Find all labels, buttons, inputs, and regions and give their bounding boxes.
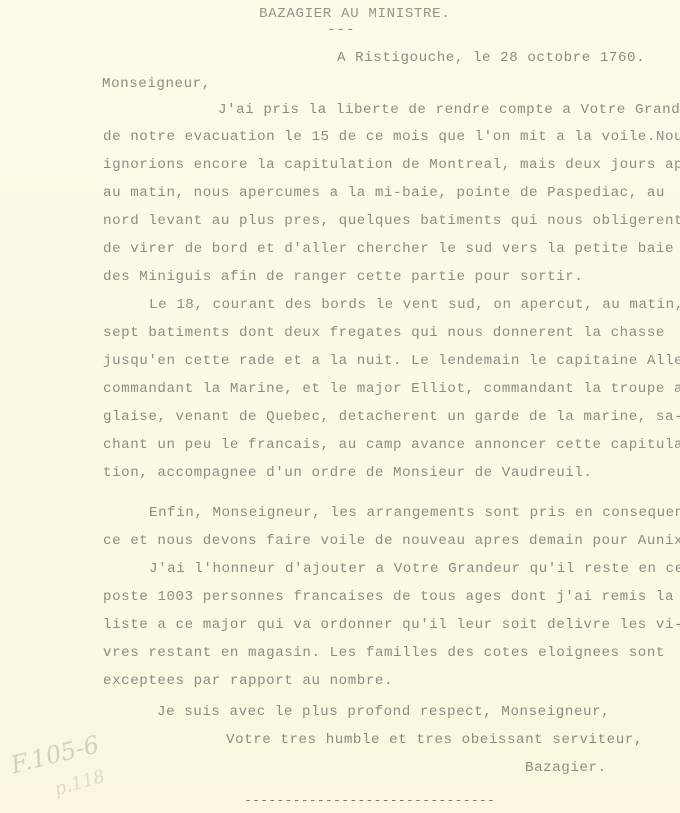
closing-line: Je suis avec le plus profond respect, Mo… (157, 703, 610, 721)
title-rule: --- (327, 21, 356, 39)
body-line: ignorions encore la capitulation de Mont… (103, 156, 680, 174)
signature: Bazagier. (525, 759, 607, 777)
body-line: chant un peu le francais, au camp avance… (103, 436, 680, 454)
body-line: Le 18, courant des bords le vent sud, on… (149, 296, 680, 314)
body-line: liste a ce major qui va ordonner qu'il l… (103, 616, 680, 634)
body-line: tion, accompagnee d'un ordre de Monsieur… (103, 464, 592, 482)
dateline: A Ristigouche, le 28 octobre 1760. (337, 49, 645, 67)
body-line: sept batiments dont deux fregates qui no… (103, 324, 665, 342)
body-line: glaise, venant de Quebec, detacherent un… (103, 408, 680, 426)
body-line: des Miniguis afin de ranger cette partie… (103, 268, 583, 286)
body-line: jusqu'en cette rade et a la nuit. Le len… (103, 352, 680, 370)
body-line: de virer de bord et d'aller chercher le … (103, 240, 674, 258)
body-line: exceptees par rapport au nombre. (103, 672, 393, 690)
body-line: ce et nous devons faire voile de nouveau… (103, 532, 680, 550)
body-line: de notre evacuation le 15 de ce mois que… (103, 128, 680, 146)
body-line: J'ai pris la liberte de rendre compte a … (218, 101, 680, 119)
margin-annotation-secondary: p.118 (52, 766, 107, 800)
letter-page: BAZAGIER AU MINISTRE. --- A Ristigouche,… (0, 0, 680, 813)
body-line: vres restant en magasin. Les familles de… (103, 644, 665, 662)
body-line: nord levant au plus pres, quelques batim… (103, 212, 680, 230)
closing-line: Votre tres humble et tres obeissant serv… (226, 731, 643, 749)
bottom-rule: ------------------------------- (244, 792, 495, 810)
body-line: commandant la Marine, et le major Elliot… (103, 380, 680, 398)
body-line: au matin, nous apercumes a la mi-baie, p… (103, 184, 665, 202)
body-line: J'ai l'honneur d'ajouter a Votre Grandeu… (149, 560, 680, 578)
salutation: Monseigneur, (102, 75, 211, 93)
body-line: Enfin, Monseigneur, les arrangements son… (149, 504, 680, 522)
body-line: poste 1003 personnes francaises de tous … (103, 588, 674, 606)
